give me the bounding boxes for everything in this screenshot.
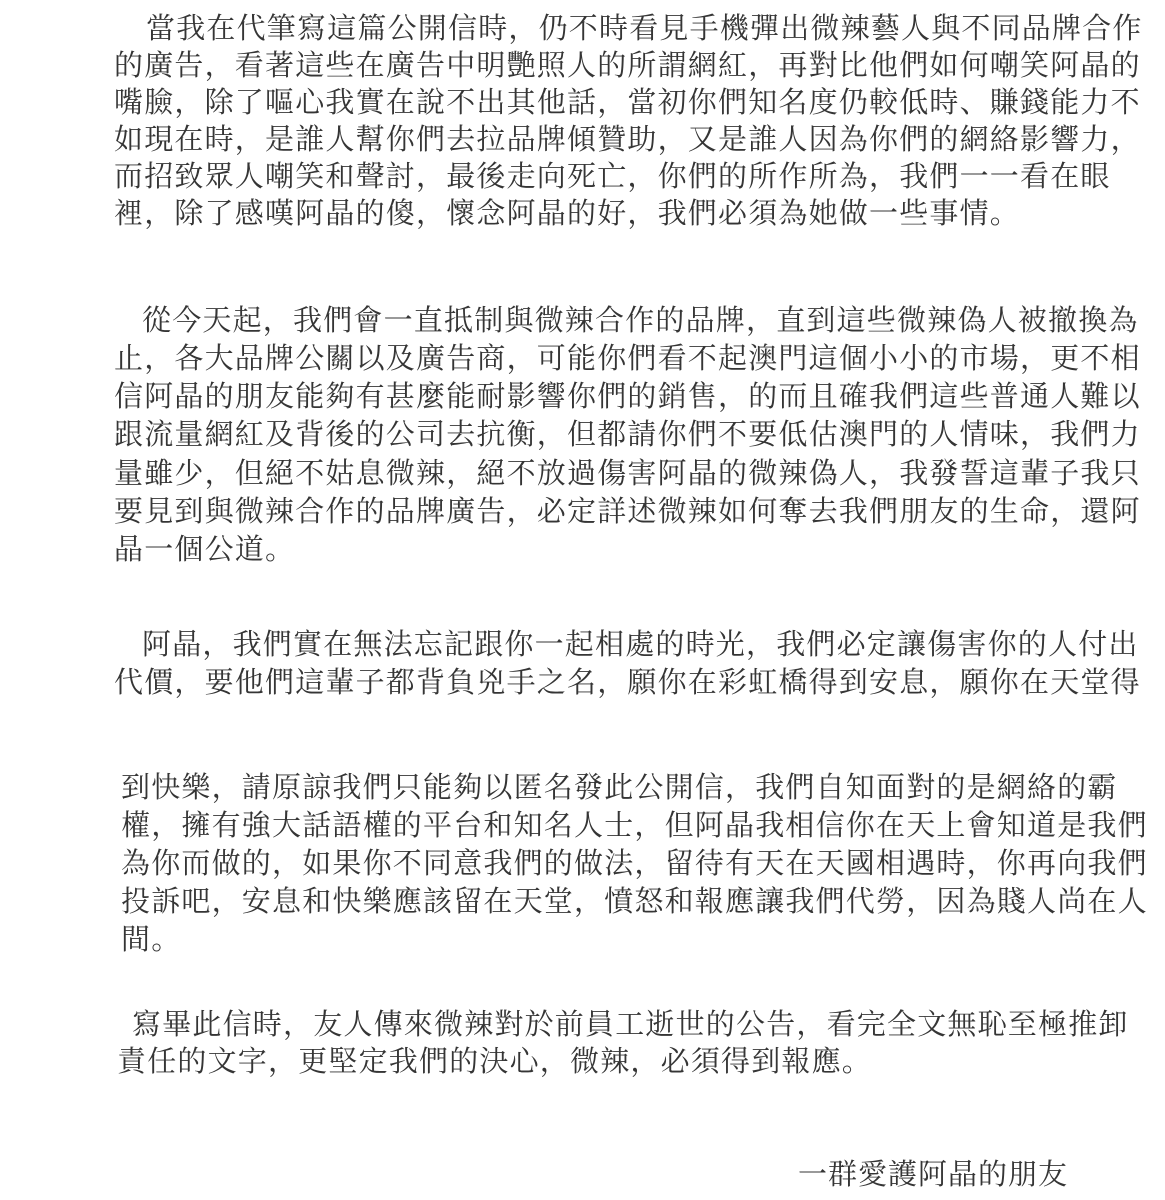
paragraph-2-line-5: 量雖少，但絕不姑息微辣，絕不放過傷害阿晶的微辣偽人，我發誓這輩子我只 [114,455,1141,491]
paragraph-3-line-2: 代價，要他們這輩子都背負兇手之名，願你在彩虹橋得到安息，願你在天堂得 [114,664,1141,700]
paragraph-2-line-1: 從今天起，我們會一直抵制與微辣合作的品牌，直到這些微辣偽人被撤換為 [142,302,1139,338]
paragraph-2-line-7: 晶一個公道。 [114,531,295,567]
paragraph-1-line-2: 的廣告，看著這些在廣告中明艷照人的所謂網紅，再對比他們如何嘲笑阿晶的 [114,47,1141,83]
paragraph-4-line-3: 為你而做的，如果你不同意我們的做法，留待有天在天國相遇時，你再向我們 [121,845,1148,881]
paragraph-4-line-2: 權，擁有強大話語權的平台和知名人士，但阿晶我相信你在天上會知道是我們 [121,807,1148,843]
paragraph-2-line-3: 信阿晶的朋友能夠有甚麼能耐影響你們的銷售，的而且確我們這些普通人難以 [114,378,1141,414]
paragraph-1-line-6: 裡，除了感嘆阿晶的傻，懷念阿晶的好，我們必須為她做一些事情。 [114,195,1020,231]
paragraph-2-line-6: 要見到與微辣合作的品牌廣告，必定詳述微辣如何奪去我們朋友的生命，還阿 [114,493,1141,529]
paragraph-1-line-1: 當我在代筆寫這篇公開信時，仍不時看見手機彈出微辣藝人與不同品牌合作 [146,10,1143,46]
paragraph-4-line-4: 投訴吧，安息和快樂應該留在天堂，憤怒和報應讓我們代勞，因為賤人尚在人 [121,883,1148,919]
paragraph-1-line-3: 嘴臉，除了嘔心我實在說不出其他話，當初你們知名度仍較低時、賺錢能力不 [114,84,1141,120]
paragraph-3-line-1: 阿晶，我們實在無法忘記跟你一起相處的時光，我們必定讓傷害你的人付出 [142,626,1139,662]
signature: 一群愛護阿晶的朋友 [798,1156,1068,1192]
paragraph-1-line-5: 而招致眾人嘲笑和聲討，最後走向死亡，你們的所作所為，我們一一看在眼 [114,158,1111,194]
paragraph-2-line-2: 止，各大品牌公關以及廣告商，可能你們看不起澳門這個小小的市場，更不相 [114,340,1141,376]
paragraph-2-line-4: 跟流量網紅及背後的公司去抗衡，但都請你們不要低估澳門的人情味，我們力 [114,416,1141,452]
paragraph-1-line-4: 如現在時，是誰人幫你們去拉品牌傾贊助，又是誰人因為你們的網絡影響力， [114,121,1141,157]
paragraph-4-line-5: 間。 [121,921,181,957]
paragraph-5-line-1: 寫畢此信時，友人傳來微辣對於前員工逝世的公告，看完全文無恥至極推卸 [132,1006,1129,1042]
paragraph-4-line-1: 到快樂，請原諒我們只能夠以匿名發此公開信，我們自知面對的是網絡的霸 [121,769,1118,805]
paragraph-5-line-2: 責任的文字，更堅定我們的決心，微辣，必須得到報應。 [117,1043,872,1079]
